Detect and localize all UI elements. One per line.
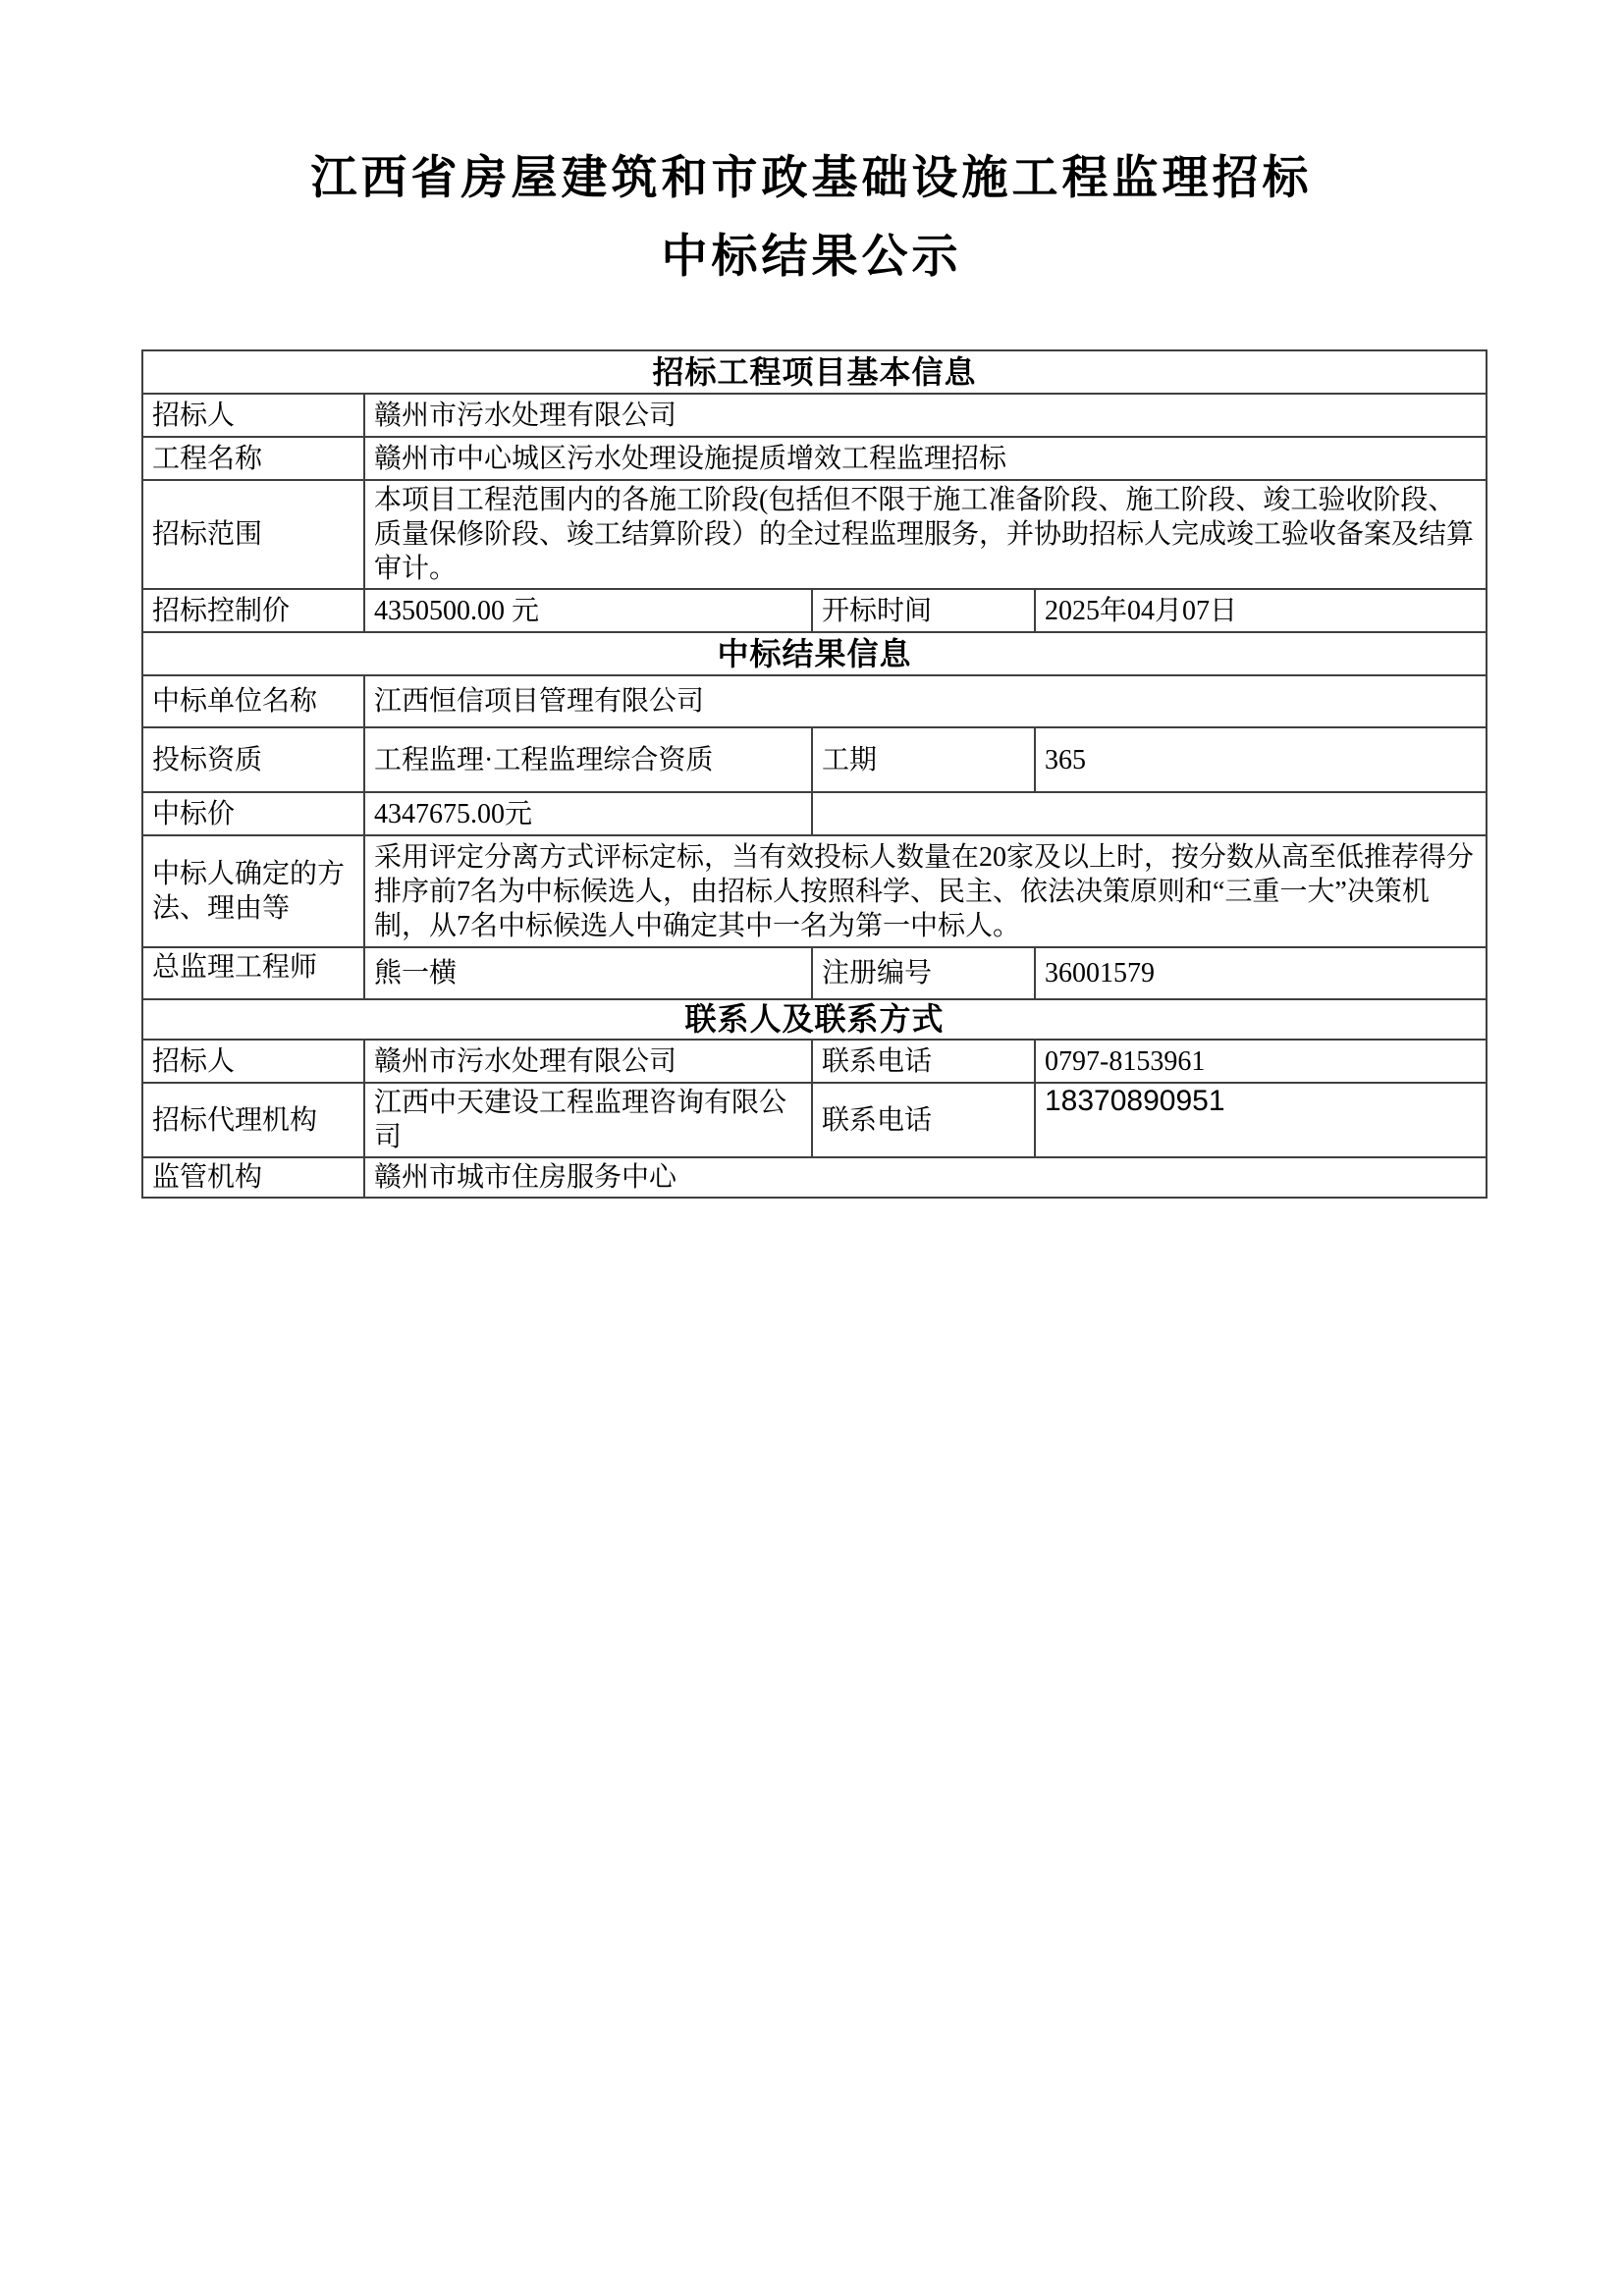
- row-label-control-price: 招标控制价: [142, 589, 364, 632]
- row-label-duration: 工期: [812, 727, 1035, 792]
- row-label-opening-time: 开标时间: [812, 589, 1035, 632]
- table-row: 中标人确定的方法、理由等 采用评定分离方式评标定标，当有效投标人数量在20家及以…: [142, 835, 1487, 947]
- row-value-tenderer-contact: 赣州市污水处理有限公司: [364, 1040, 812, 1083]
- table-row: 招标范围 本项目工程范围内的各施工阶段(包括但不限于施工准备阶段、施工阶段、竣工…: [142, 480, 1487, 589]
- bid-result-table: 招标工程项目基本信息 招标人 赣州市污水处理有限公司 工程名称 赣州市中心城区污…: [141, 349, 1488, 1199]
- document-page: { "title": { "line1": "江西省房屋建筑和市政基础设施工程监…: [0, 0, 1623, 2296]
- row-value-winning-price: 4347675.00元: [364, 792, 812, 835]
- table-row: 招标控制价 4350500.00 元 开标时间 2025年04月07日: [142, 589, 1487, 632]
- table-row: 招标人 赣州市污水处理有限公司: [142, 394, 1487, 437]
- row-label-registration-number: 注册编号: [812, 947, 1035, 999]
- table-row: 工程名称 赣州市中心城区污水处理设施提质增效工程监理招标: [142, 437, 1487, 480]
- row-value-project-name: 赣州市中心城区污水处理设施提质增效工程监理招标: [364, 437, 1487, 480]
- row-value-control-price: 4350500.00 元: [364, 589, 812, 632]
- row-value-award-method: 采用评定分离方式评标定标，当有效投标人数量在20家及以上时，按分数从高至低推荐得…: [364, 835, 1487, 947]
- row-value-agency-phone: 18370890951: [1035, 1083, 1487, 1157]
- row-label-tender-scope: 招标范围: [142, 480, 364, 589]
- row-label-chief-supervisor: 总监理工程师: [142, 947, 364, 999]
- row-label-project-name: 工程名称: [142, 437, 364, 480]
- row-label-award-method: 中标人确定的方法、理由等: [142, 835, 364, 947]
- section-header-contacts: 联系人及联系方式: [142, 999, 1487, 1040]
- row-value-tender-scope: 本项目工程范围内的各施工阶段(包括但不限于施工准备阶段、施工阶段、竣工验收阶段、…: [364, 480, 1487, 589]
- row-value-winning-company: 江西恒信项目管理有限公司: [364, 675, 1487, 727]
- row-value-opening-time: 2025年04月07日: [1035, 589, 1487, 632]
- document-title: 江西省房屋建筑和市政基础设施工程监理招标 中标结果公示: [0, 139, 1623, 296]
- row-value-bid-qualification: 工程监理·工程监理综合资质: [364, 727, 812, 792]
- row-value-agency: 江西中天建设工程监理咨询有限公司: [364, 1083, 812, 1157]
- table-row: 招标代理机构 江西中天建设工程监理咨询有限公司 联系电话 18370890951: [142, 1083, 1487, 1157]
- table-row: 招标人 赣州市污水处理有限公司 联系电话 0797-8153961: [142, 1040, 1487, 1083]
- row-label-tenderer-phone: 联系电话: [812, 1040, 1035, 1083]
- table-row: 总监理工程师 熊一横 注册编号 36001579: [142, 947, 1487, 999]
- row-value-tenderer-phone: 0797-8153961: [1035, 1040, 1487, 1083]
- row-label-winning-company: 中标单位名称: [142, 675, 364, 727]
- row-label-tenderer-contact: 招标人: [142, 1040, 364, 1083]
- row-value-chief-supervisor: 熊一横: [364, 947, 812, 999]
- title-line-1: 江西省房屋建筑和市政基础设施工程监理招标: [0, 139, 1623, 218]
- row-label-tenderer: 招标人: [142, 394, 364, 437]
- table-row: 中标单位名称 江西恒信项目管理有限公司: [142, 675, 1487, 727]
- row-label-agency-phone: 联系电话: [812, 1083, 1035, 1157]
- row-value-duration: 365: [1035, 727, 1487, 792]
- section-header-award-result: 中标结果信息: [142, 632, 1487, 675]
- table-row: 投标资质 工程监理·工程监理综合资质 工期 365: [142, 727, 1487, 792]
- table-row: 中标价 4347675.00元: [142, 792, 1487, 835]
- row-label-winning-price: 中标价: [142, 792, 364, 835]
- row-value-tenderer: 赣州市污水处理有限公司: [364, 394, 1487, 437]
- row-label-agency: 招标代理机构: [142, 1083, 364, 1157]
- row-value-registration-number: 36001579: [1035, 947, 1487, 999]
- row-label-bid-qualification: 投标资质: [142, 727, 364, 792]
- title-line-2: 中标结果公示: [0, 218, 1623, 296]
- section-header-basic-info: 招标工程项目基本信息: [142, 350, 1487, 394]
- table-section-row: 招标工程项目基本信息: [142, 350, 1487, 394]
- table-row: 监管机构 赣州市城市住房服务中心: [142, 1157, 1487, 1198]
- table-section-row: 联系人及联系方式: [142, 999, 1487, 1040]
- table-section-row: 中标结果信息: [142, 632, 1487, 675]
- row-value-regulator: 赣州市城市住房服务中心: [364, 1157, 1487, 1198]
- row-empty-cell: [812, 792, 1487, 835]
- row-label-regulator: 监管机构: [142, 1157, 364, 1198]
